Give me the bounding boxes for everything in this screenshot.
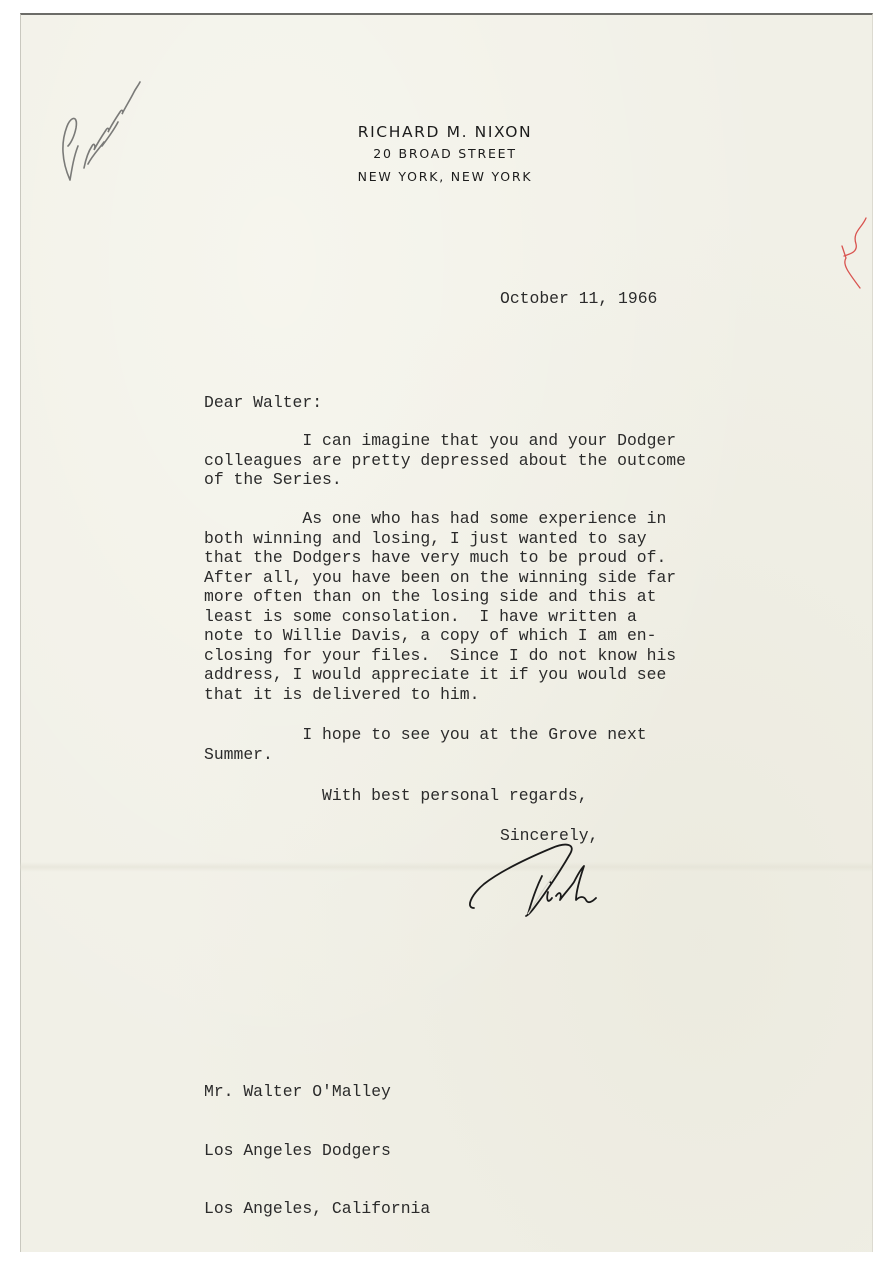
closing-line: With best personal regards, bbox=[322, 786, 588, 806]
signature-dick bbox=[462, 838, 612, 923]
recipient-line: Mr. Walter O'Malley bbox=[204, 1082, 430, 1102]
recipient-line: Los Angeles, California bbox=[204, 1199, 430, 1219]
recipient-address: Mr. Walter O'Malley Los Angeles Dodgers … bbox=[204, 1043, 430, 1238]
letterhead-street: 20 BROAD STREET bbox=[300, 142, 590, 165]
recipient-line: Los Angeles Dodgers bbox=[204, 1141, 430, 1161]
letterhead-name: RICHARD M. NIXON bbox=[300, 122, 590, 142]
body-paragraph: I hope to see you at the Grove next Summ… bbox=[204, 725, 647, 764]
body-paragraph: I can imagine that you and your Dodger c… bbox=[204, 431, 686, 490]
letter-date: October 11, 1966 bbox=[500, 289, 657, 309]
red-pencil-mark bbox=[838, 214, 868, 294]
letterhead: RICHARD M. NIXON 20 BROAD STREET NEW YOR… bbox=[300, 122, 590, 188]
letterhead-city: NEW YORK, NEW YORK bbox=[300, 165, 590, 188]
paper-fold-crease bbox=[20, 862, 873, 872]
salutation: Dear Walter: bbox=[204, 393, 322, 413]
handwritten-personal-annotation bbox=[58, 72, 148, 192]
body-paragraph: As one who has had some experience in bo… bbox=[204, 509, 676, 704]
